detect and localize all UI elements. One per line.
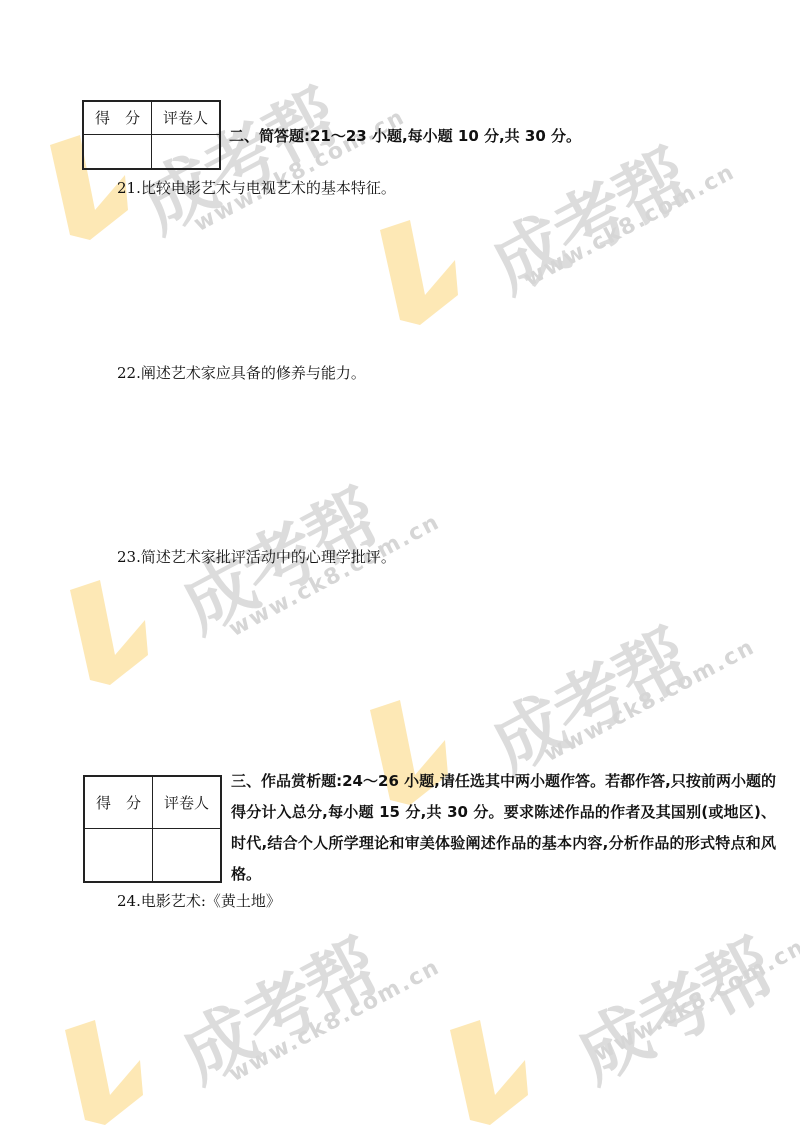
score-cell[interactable] [83, 134, 151, 169]
question-number: 21. [117, 179, 141, 197]
score-header: 得 分 [84, 776, 152, 828]
grader-header: 评卷人 [152, 776, 221, 828]
section2-heading: 二、简答题:21～23 小题,每小题 10 分,共 30 分。 [229, 125, 581, 146]
score-cell[interactable] [84, 828, 152, 882]
score-table-section3: 得 分 评卷人 [83, 775, 222, 883]
score-header: 得 分 [83, 101, 151, 134]
grader-cell[interactable] [151, 134, 220, 169]
exam-page: 得 分 评卷人 二、简答题:21～23 小题,每小题 10 分,共 30 分。 … [0, 0, 800, 1145]
question-number: 24. [117, 892, 141, 910]
question-text: 阐述艺术家应具备的修养与能力。 [141, 364, 366, 382]
question-21: 21.比较电影艺术与电视艺术的基本特征。 [117, 177, 396, 198]
section3-heading: 三、作品赏析题:24～26 小题,请任选其中两小题作答。若都作答,只按前两小题的… [231, 766, 776, 890]
question-text: 简述艺术家批评活动中的心理学批评。 [141, 548, 396, 566]
question-text: 比较电影艺术与电视艺术的基本特征。 [141, 179, 396, 197]
question-number: 22. [117, 364, 141, 382]
question-23: 23.简述艺术家批评活动中的心理学批评。 [117, 546, 396, 567]
grader-header: 评卷人 [151, 101, 220, 134]
score-table-section2: 得 分 评卷人 [82, 100, 221, 170]
question-22: 22.阐述艺术家应具备的修养与能力。 [117, 362, 366, 383]
question-24: 24.电影艺术:《黄土地》 [117, 890, 281, 911]
question-text: 电影艺术:《黄土地》 [141, 892, 281, 910]
question-number: 23. [117, 548, 141, 566]
grader-cell[interactable] [152, 828, 221, 882]
